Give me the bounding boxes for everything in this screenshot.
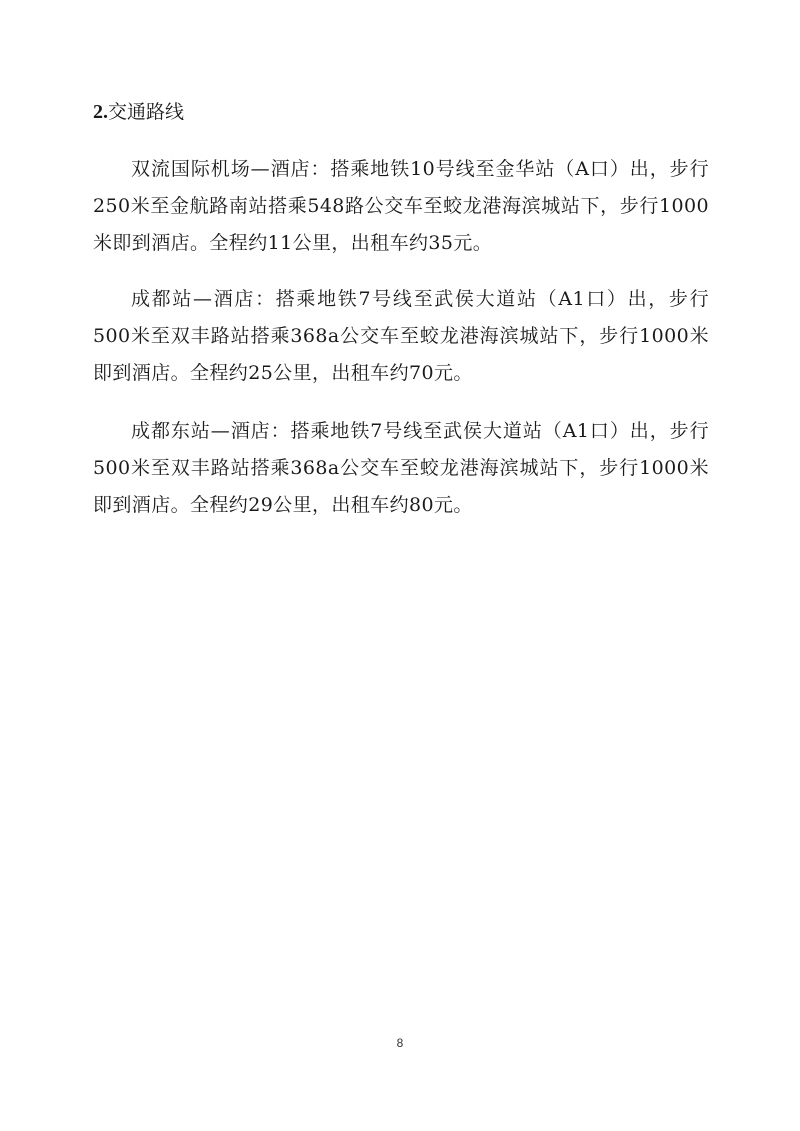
route-airport-paragraph: 双流国际机场—酒店：搭乘地铁10号线至金华站（A口）出，步行250米至金航路南站… (93, 151, 709, 262)
page-number: 8 (0, 1036, 800, 1050)
document-page: 2.交通路线 双流国际机场—酒店：搭乘地铁10号线至金华站（A口）出，步行250… (0, 0, 800, 1131)
route-chengdu-east-station-paragraph: 成都东站—酒店：搭乘地铁7号线至武侯大道站（A1口）出，步行500米至双丰路站搭… (93, 413, 709, 524)
section-heading: 2.交通路线 (93, 100, 184, 124)
route-chengdu-station-paragraph: 成都站—酒店：搭乘地铁7号线至武侯大道站（A1口）出，步行500米至双丰路站搭乘… (93, 281, 709, 392)
section-number: 2. (93, 101, 108, 123)
section-title: 交通路线 (108, 101, 184, 123)
